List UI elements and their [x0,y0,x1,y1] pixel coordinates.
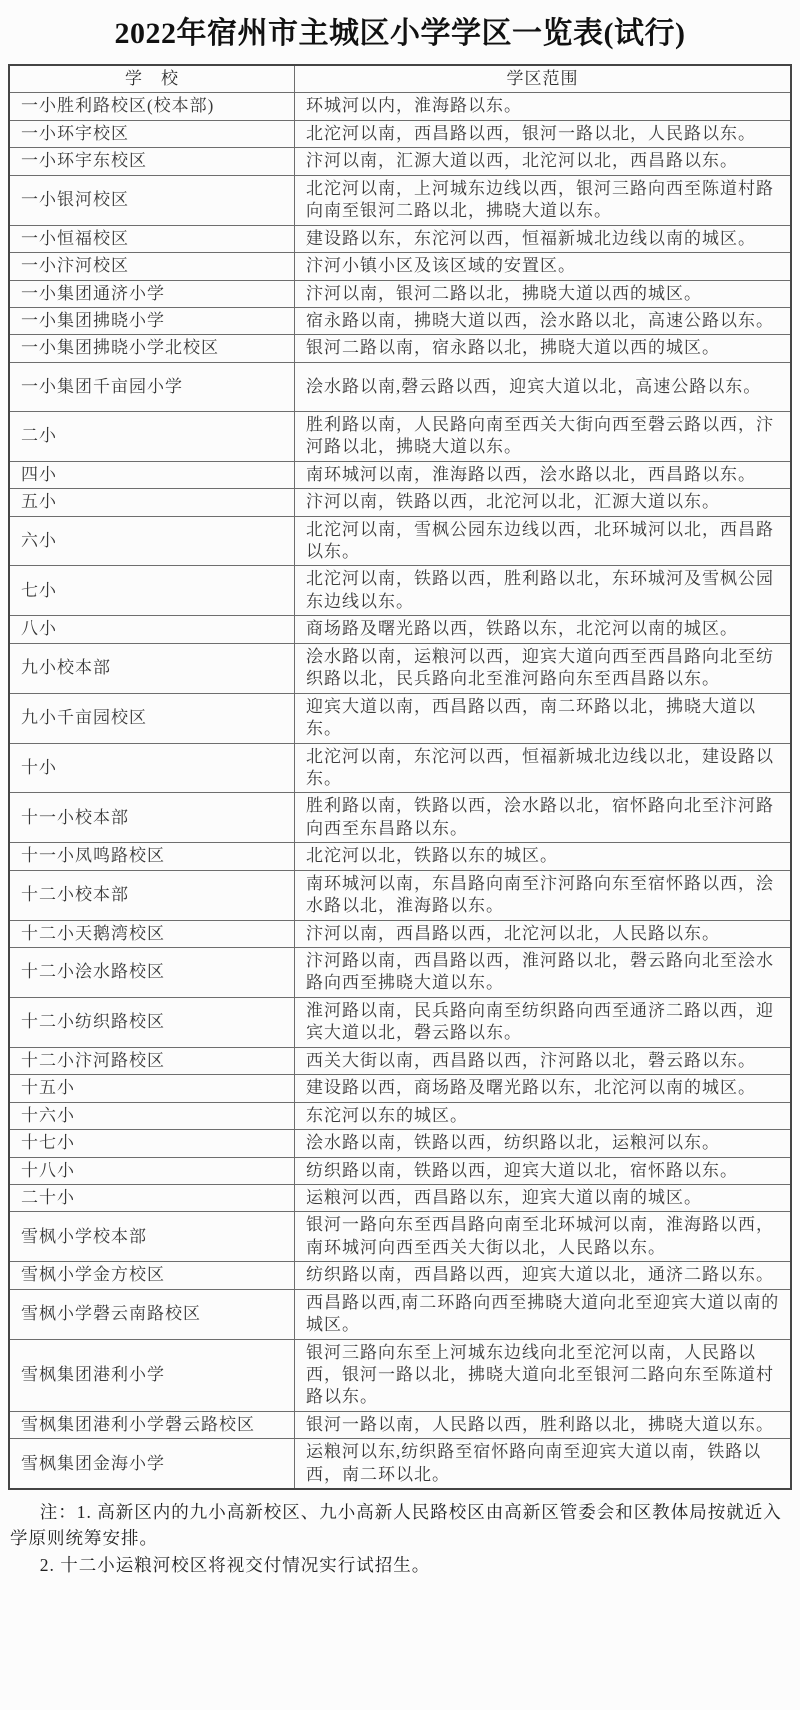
district-range: 北沱河以南，东沱河以西，恒福新城北边线以北，建设路以东。 [295,743,792,793]
school-name: 一小集团通济小学 [9,280,295,307]
district-range: 建设路以西，商场路及曙光路以东，北沱河以南的城区。 [295,1075,792,1102]
table-row: 十七小浍水路以南，铁路以西，纺织路以北，运粮河以东。 [9,1130,791,1157]
table-row: 十八小纺织路以南，铁路以西，迎宾大道以北，宿怀路以东。 [9,1157,791,1184]
district-range: 银河一路向东至西昌路向南至北环城河以南，淮海路以西，南环城河向西至西关大街以北，… [295,1212,792,1262]
school-name: 二小 [9,411,295,461]
footnote-line: 注：1. 高新区内的九小高新校区、九小高新人民路校区由高新区管委会和区教体局按就… [10,1499,790,1552]
school-name: 一小集团千亩园小学 [9,362,295,411]
school-name: 一小汴河校区 [9,253,295,280]
table-row: 十五小建设路以西，商场路及曙光路以东，北沱河以南的城区。 [9,1075,791,1102]
table-row: 一小汴河校区汴河小镇小区及该区域的安置区。 [9,253,791,280]
school-name: 一小胜利路校区(校本部) [9,93,295,120]
school-name: 十二小校本部 [9,870,295,920]
table-row: 雪枫小学校本部银河一路向东至西昌路向南至北环城河以南，淮海路以西，南环城河向西至… [9,1212,791,1262]
school-name: 雪枫小学校本部 [9,1212,295,1262]
district-range: 浍水路以南，铁路以西，纺织路以北，运粮河以东。 [295,1130,792,1157]
district-range: 环城河以内，淮海路以东。 [295,93,792,120]
table-row: 八小商场路及曙光路以西，铁路以东，北沱河以南的城区。 [9,616,791,643]
district-range: 北沱河以北，铁路以东的城区。 [295,843,792,870]
district-range: 迎宾大道以南，西昌路以西，南二环路以北，拂晓大道以东。 [295,693,792,743]
school-name: 一小集团拂晓小学 [9,307,295,334]
table-row: 二小胜利路以南，人民路向南至西关大街向西至磬云路以西，汴河路以北，拂晓大道以东。 [9,411,791,461]
table-header: 学 校 学区范围 [9,65,791,93]
column-header-district-range: 学区范围 [295,65,792,93]
district-range: 银河二路以南，宿永路以北，拂晓大道以西的城区。 [295,335,792,362]
table-row: 雪枫小学金方校区纺织路以南，西昌路以西，迎宾大道以北，通济二路以东。 [9,1262,791,1289]
district-range: 淮河路以南，民兵路向南至纺织路向西至通济二路以西，迎宾大道以北，磬云路以东。 [295,997,792,1047]
table-row: 十二小纺织路校区淮河路以南，民兵路向南至纺织路向西至通济二路以西，迎宾大道以北，… [9,997,791,1047]
table-row: 六小北沱河以南，雪枫公园东边线以西，北环城河以北，西昌路以东。 [9,516,791,566]
table-row: 十二小汴河路校区西关大街以南，西昌路以西，汴河路以北，磬云路以东。 [9,1047,791,1074]
school-name: 雪枫小学金方校区 [9,1262,295,1289]
school-name: 一小银河校区 [9,175,295,225]
table-row: 十小北沱河以南，东沱河以西，恒福新城北边线以北，建设路以东。 [9,743,791,793]
school-name: 十八小 [9,1157,295,1184]
district-range: 西关大街以南，西昌路以西，汴河路以北，磬云路以东。 [295,1047,792,1074]
table-row: 五小汴河以南，铁路以西，北沱河以北，汇源大道以东。 [9,489,791,516]
school-name: 四小 [9,461,295,488]
school-name: 十七小 [9,1130,295,1157]
district-range: 胜利路以南，铁路以西，浍水路以北，宿怀路向北至汴河路向西至东昌路以东。 [295,793,792,843]
district-range: 建设路以东，东沱河以西，恒福新城北边线以南的城区。 [295,225,792,252]
table-row: 十二小校本部南环城河以南，东昌路向南至汴河路向东至宿怀路以西，浍水路以北，淮海路… [9,870,791,920]
district-range: 运粮河以西，西昌路以东，迎宾大道以南的城区。 [295,1184,792,1211]
district-range: 纺织路以南，西昌路以西，迎宾大道以北，通济二路以东。 [295,1262,792,1289]
district-range: 北沱河以南，雪枫公园东边线以西，北环城河以北，西昌路以东。 [295,516,792,566]
table-row: 七小北沱河以南，铁路以西，胜利路以北，东环城河及雪枫公园东边线以东。 [9,566,791,616]
school-name: 十一小凤鸣路校区 [9,843,295,870]
school-name: 雪枫小学磬云南路校区 [9,1289,295,1339]
table-row: 一小胜利路校区(校本部)环城河以内，淮海路以东。 [9,93,791,120]
school-name: 一小集团拂晓小学北校区 [9,335,295,362]
school-district-table: 学 校 学区范围 一小胜利路校区(校本部)环城河以内，淮海路以东。一小环宇校区北… [8,64,792,1490]
school-name: 五小 [9,489,295,516]
table-row: 十二小浍水路校区汴河路以南，西昌路以西，淮河路以北，磬云路向北至浍水路向西至拂晓… [9,948,791,998]
table-row: 九小校本部浍水路以南，运粮河以西，迎宾大道向西至西昌路向北至纺织路以北，民兵路向… [9,643,791,693]
school-name: 雪枫集团港利小学磬云路校区 [9,1411,295,1438]
school-name: 十二小天鹅湾校区 [9,920,295,947]
district-range: 北沱河以南，上河城东边线以西，银河三路向西至陈道村路向南至银河二路以北，拂晓大道… [295,175,792,225]
table-row: 一小集团拂晓小学北校区银河二路以南，宿永路以北，拂晓大道以西的城区。 [9,335,791,362]
table-row: 一小银河校区北沱河以南，上河城东边线以西，银河三路向西至陈道村路向南至银河二路以… [9,175,791,225]
school-name: 八小 [9,616,295,643]
school-name: 十二小浍水路校区 [9,948,295,998]
table-row: 一小集团拂晓小学宿永路以南，拂晓大道以西，浍水路以北，高速公路以东。 [9,307,791,334]
district-range: 汴河以南，银河二路以北，拂晓大道以西的城区。 [295,280,792,307]
district-range: 浍水路以南,磬云路以西，迎宾大道以北，高速公路以东。 [295,362,792,411]
table-row: 十二小天鹅湾校区汴河以南，西昌路以西，北沱河以北，人民路以东。 [9,920,791,947]
district-range: 浍水路以南，运粮河以西，迎宾大道向西至西昌路向北至纺织路以北，民兵路向北至淮河路… [295,643,792,693]
school-name: 十六小 [9,1102,295,1129]
table-row: 一小集团千亩园小学浍水路以南,磬云路以西，迎宾大道以北，高速公路以东。 [9,362,791,411]
district-range: 汴河路以南，西昌路以西，淮河路以北，磬云路向北至浍水路向西至拂晓大道以东。 [295,948,792,998]
district-range: 银河一路以南，人民路以西，胜利路以北，拂晓大道以东。 [295,1411,792,1438]
document-page: 2022年宿州市主城区小学学区一览表(试行) 学 校 学区范围 一小胜利路校区(… [0,0,800,1710]
table-row: 一小环宇东校区汴河以南，汇源大道以西，北沱河以北，西昌路以东。 [9,148,791,175]
footnote-line: 2. 十二小运粮河校区将视交付情况实行试招生。 [10,1552,790,1578]
table-row: 四小南环城河以南，淮海路以西，浍水路以北，西昌路以东。 [9,461,791,488]
school-name: 一小恒福校区 [9,225,295,252]
district-range: 宿永路以南，拂晓大道以西，浍水路以北，高速公路以东。 [295,307,792,334]
district-range: 汴河以南，汇源大道以西，北沱河以北，西昌路以东。 [295,148,792,175]
district-range: 西昌路以西,南二环路向西至拂晓大道向北至迎宾大道以南的城区。 [295,1289,792,1339]
table-row: 十一小凤鸣路校区北沱河以北，铁路以东的城区。 [9,843,791,870]
district-range: 汴河以南，铁路以西，北沱河以北，汇源大道以东。 [295,489,792,516]
table-row: 十一小校本部胜利路以南，铁路以西，浍水路以北，宿怀路向北至汴河路向西至东昌路以东… [9,793,791,843]
district-range: 北沱河以南，铁路以西，胜利路以北，东环城河及雪枫公园东边线以东。 [295,566,792,616]
table-row: 一小环宇校区北沱河以南，西昌路以西，银河一路以北，人民路以东。 [9,120,791,147]
school-name: 九小校本部 [9,643,295,693]
table-body: 一小胜利路校区(校本部)环城河以内，淮海路以东。一小环宇校区北沱河以南，西昌路以… [9,93,791,1489]
table-row: 九小千亩园校区迎宾大道以南，西昌路以西，南二环路以北，拂晓大道以东。 [9,693,791,743]
district-range: 运粮河以东,纺织路至宿怀路向南至迎宾大道以南，铁路以西，南二环以北。 [295,1439,792,1489]
district-range: 纺织路以南，铁路以西，迎宾大道以北，宿怀路以东。 [295,1157,792,1184]
school-name: 九小千亩园校区 [9,693,295,743]
school-name: 雪枫集团金海小学 [9,1439,295,1489]
page-title: 2022年宿州市主城区小学学区一览表(试行) [8,8,792,52]
district-range: 胜利路以南，人民路向南至西关大街向西至磬云路以西，汴河路以北，拂晓大道以东。 [295,411,792,461]
district-range: 汴河以南，西昌路以西，北沱河以北，人民路以东。 [295,920,792,947]
school-name: 十小 [9,743,295,793]
school-name: 十一小校本部 [9,793,295,843]
district-range: 银河三路向东至上河城东边线向北至沱河以南，人民路以西，银河一路以北，拂晓大道向北… [295,1339,792,1411]
school-name: 一小环宇校区 [9,120,295,147]
school-name: 十二小纺织路校区 [9,997,295,1047]
table-row: 一小恒福校区建设路以东，东沱河以西，恒福新城北边线以南的城区。 [9,225,791,252]
footnotes: 注：1. 高新区内的九小高新校区、九小高新人民路校区由高新区管委会和区教体局按就… [8,1499,792,1578]
school-name: 雪枫集团港利小学 [9,1339,295,1411]
table-row: 十六小东沱河以东的城区。 [9,1102,791,1129]
district-range: 商场路及曙光路以西，铁路以东，北沱河以南的城区。 [295,616,792,643]
school-name: 十二小汴河路校区 [9,1047,295,1074]
district-range: 东沱河以东的城区。 [295,1102,792,1129]
table-row: 雪枫集团金海小学运粮河以东,纺织路至宿怀路向南至迎宾大道以南，铁路以西，南二环以… [9,1439,791,1489]
district-range: 北沱河以南，西昌路以西，银河一路以北，人民路以东。 [295,120,792,147]
district-range: 南环城河以南，淮海路以西，浍水路以北，西昌路以东。 [295,461,792,488]
table-row: 雪枫小学磬云南路校区西昌路以西,南二环路向西至拂晓大道向北至迎宾大道以南的城区。 [9,1289,791,1339]
district-range: 汴河小镇小区及该区域的安置区。 [295,253,792,280]
school-name: 二十小 [9,1184,295,1211]
table-row: 一小集团通济小学汴河以南，银河二路以北，拂晓大道以西的城区。 [9,280,791,307]
school-name: 一小环宇东校区 [9,148,295,175]
table-row: 雪枫集团港利小学磬云路校区银河一路以南，人民路以西，胜利路以北，拂晓大道以东。 [9,1411,791,1438]
school-name: 六小 [9,516,295,566]
table-row: 雪枫集团港利小学银河三路向东至上河城东边线向北至沱河以南，人民路以西，银河一路以… [9,1339,791,1411]
school-name: 十五小 [9,1075,295,1102]
table-row: 二十小运粮河以西，西昌路以东，迎宾大道以南的城区。 [9,1184,791,1211]
column-header-school: 学 校 [9,65,295,93]
school-name: 七小 [9,566,295,616]
header-row: 学 校 学区范围 [9,65,791,93]
district-range: 南环城河以南，东昌路向南至汴河路向东至宿怀路以西，浍水路以北，淮海路以东。 [295,870,792,920]
